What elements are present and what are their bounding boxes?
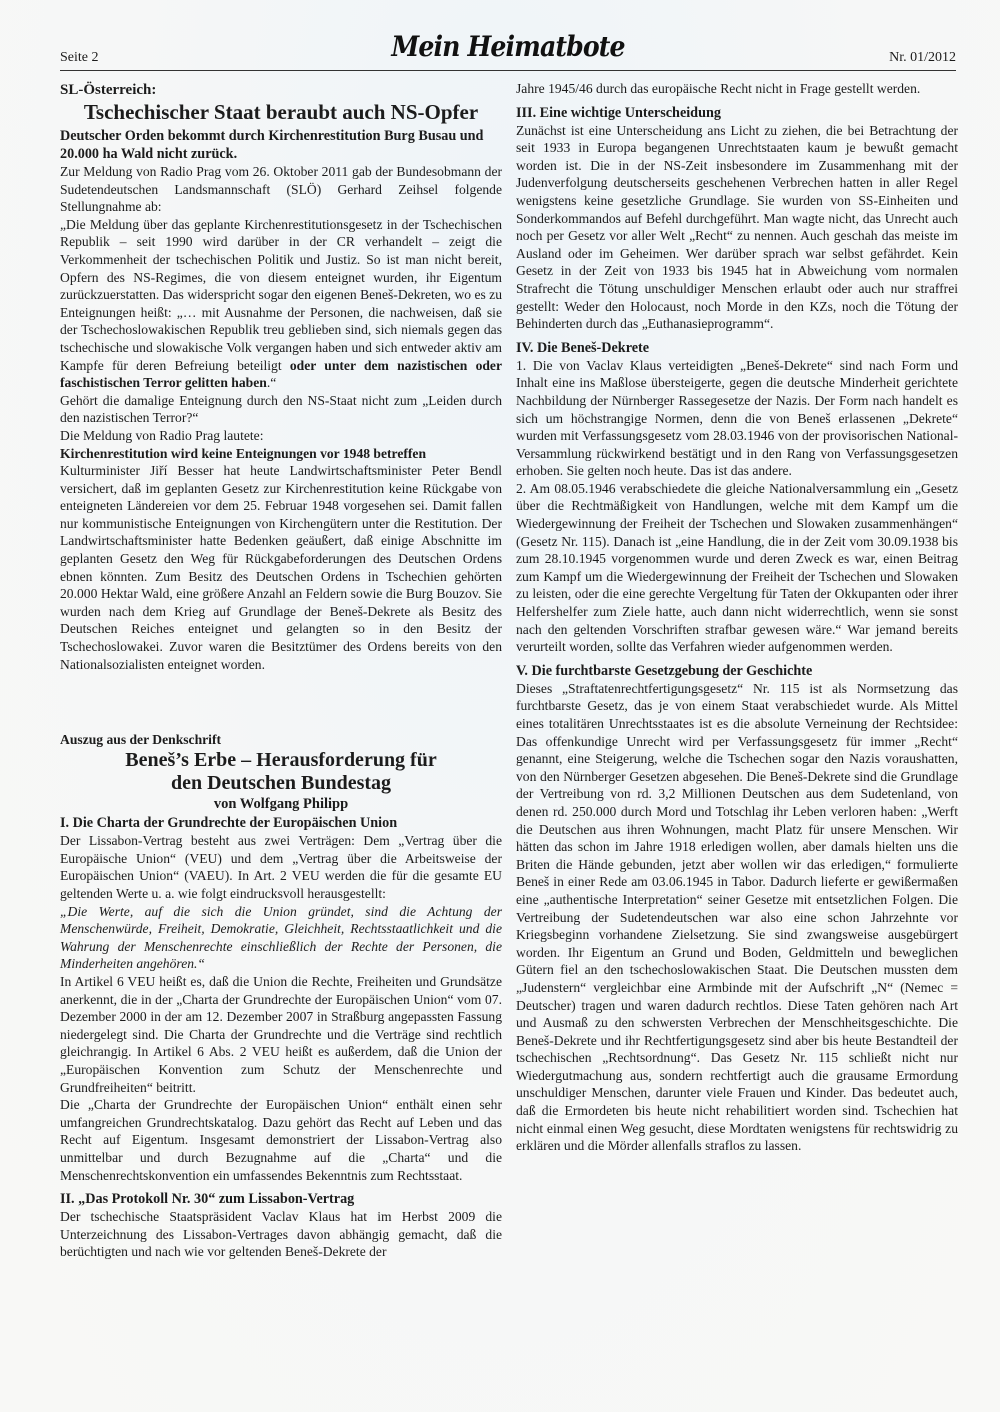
page-header: Seite 2 Mein Heimatbote Nr. 01/2012 (60, 28, 956, 71)
bold-subheading: Kirchenrestitution wird keine Enteignung… (60, 445, 502, 463)
article-headline: Tschechischer Staat beraubt auch NS-Opfe… (60, 100, 502, 124)
quote-text: „Die Meldung über das geplante Kirchenre… (60, 217, 502, 373)
paragraph: Gehört die damalige Enteignung durch den… (60, 392, 502, 427)
article-headline-line2: den Deutschen Bundestag (60, 772, 502, 795)
article-sl-oesterreich: SL-Österreich: Tschechischer Staat berau… (60, 80, 502, 673)
paragraph: Zur Meldung von Radio Prag vom 26. Oktob… (60, 163, 502, 216)
masthead-logo: Mein Heimatbote (105, 30, 911, 63)
article-headline-line1: Beneš’s Erbe – Herausforderung für (60, 749, 502, 772)
article-byline: von Wolfgang Philipp (60, 795, 502, 814)
italic-quote: „Die Werte, auf die sich die Union gründ… (60, 903, 502, 973)
paragraph: Jahre 1945/46 durch das europäische Rech… (516, 80, 958, 98)
page-number: Seite 2 (60, 50, 99, 66)
paragraph: In Artikel 6 VEU heißt es, daß die Union… (60, 973, 502, 1096)
section-title: III. Eine wichtige Unterscheidung (516, 104, 958, 122)
paragraph: Kulturminister Jiří Besser hat heute Lan… (60, 462, 502, 673)
spacer (60, 673, 502, 731)
paragraph: Der Lissabon-Vertrag besteht aus zwei Ve… (60, 832, 502, 902)
right-column: Jahre 1945/46 durch das europäische Rech… (516, 80, 958, 1155)
paragraph: Die „Charta der Grundrechte der Europäis… (60, 1096, 502, 1184)
article-kicker: SL-Österreich: (60, 80, 502, 100)
section-title: I. Die Charta der Grundrechte der Europä… (60, 814, 502, 832)
paragraph: Zunächst ist eine Unterscheidung ans Lic… (516, 122, 958, 333)
paragraph: Die Meldung von Radio Prag lautete: (60, 427, 502, 445)
paragraph: Der tschechische Staatspräsident Vaclav … (60, 1208, 502, 1261)
paragraph: Dieses „Straftatenrechtfertigungsgesetz“… (516, 680, 958, 1155)
issue-number: Nr. 01/2012 (889, 50, 956, 66)
paragraph: „Die Meldung über das geplante Kirchenre… (60, 216, 502, 392)
article-benes-erbe: Auszug aus der Denkschrift Beneš’s Erbe … (60, 731, 502, 1261)
paragraph: 2. Am 08.05.1946 verabschiedete die glei… (516, 480, 958, 656)
article-kicker: Auszug aus der Denkschrift (60, 731, 502, 749)
section-title: V. Die furchtbarste Gesetzgebung der Ges… (516, 662, 958, 680)
section-title: II. „Das Protokoll Nr. 30“ zum Lissabon-… (60, 1190, 502, 1208)
article-subheadline: Deutscher Orden bekommt durch Kirchenres… (60, 127, 502, 163)
paragraph: 1. Die von Vaclav Klaus verteidigten „Be… (516, 357, 958, 480)
quote-end: .“ (267, 375, 276, 390)
left-column: SL-Österreich: Tschechischer Staat berau… (60, 80, 502, 1261)
section-title: IV. Die Beneš-Dekrete (516, 339, 958, 357)
